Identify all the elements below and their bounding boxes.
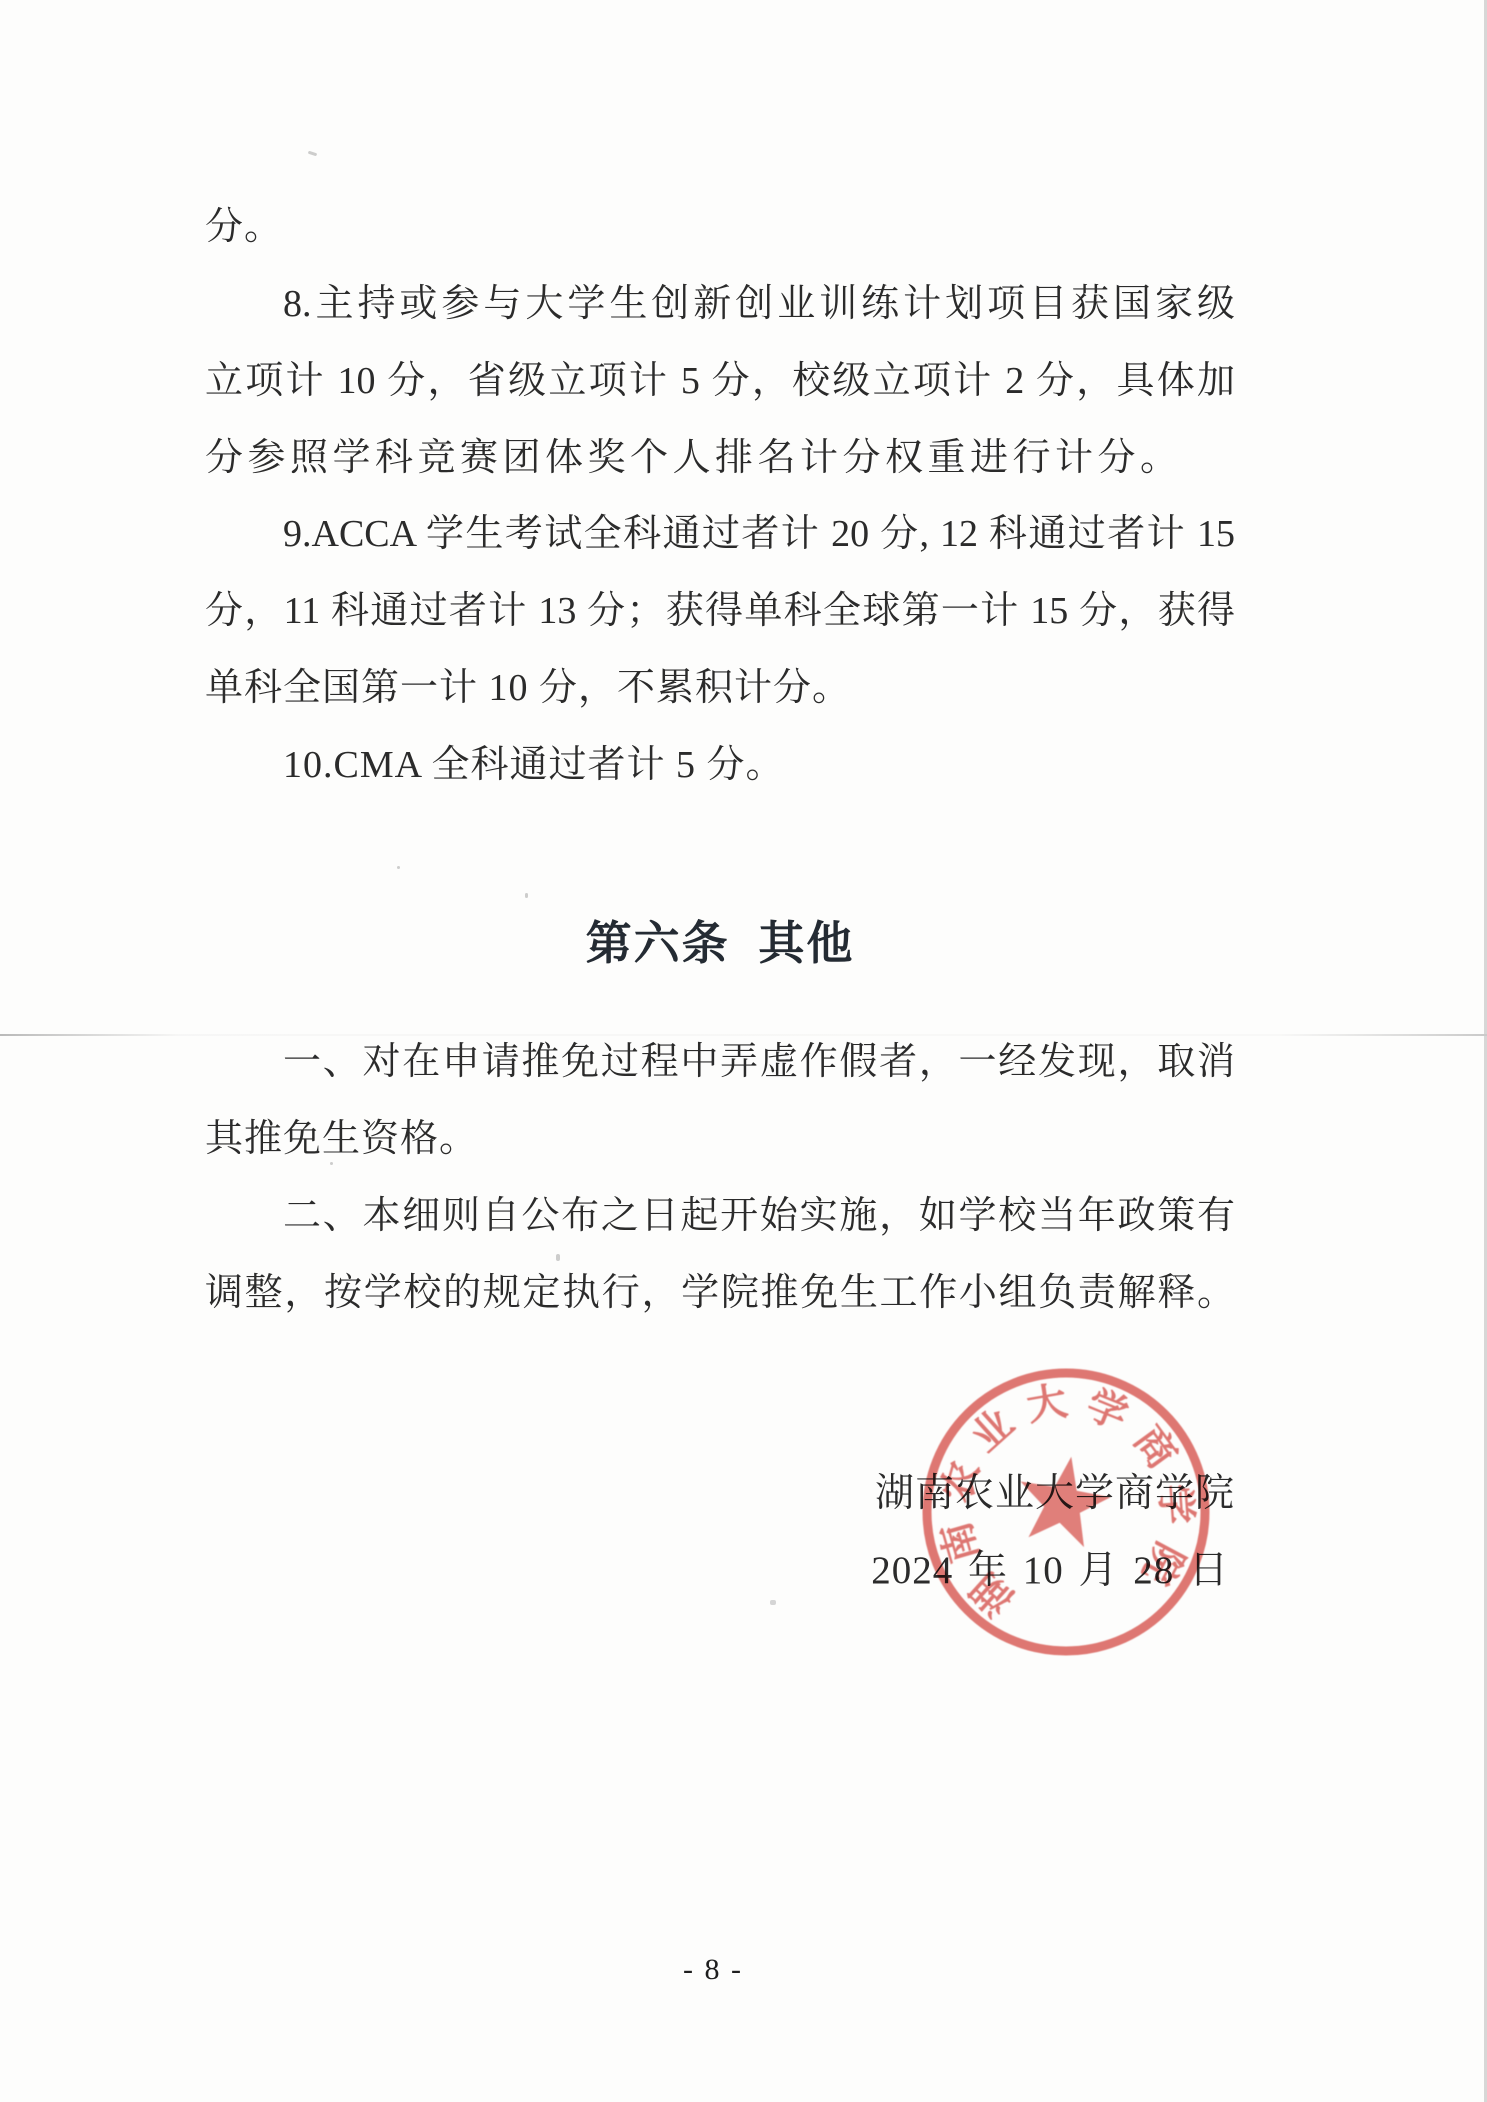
section-heading: 第六条 其他 xyxy=(205,905,1235,982)
text-line: 立项计 10 分，省级立项计 5 分，校级立项计 2 分，具体加 xyxy=(205,343,1235,420)
scanned-document-page: 分。 8.主持或参与大学生创新创业训练计划项目获国家级 立项计 10 分，省级立… xyxy=(0,0,1487,2102)
seal-star-icon xyxy=(1021,1457,1111,1547)
seal-arc-char: 农 xyxy=(933,1456,987,1507)
paragraph-item-8: 8.主持或参与大学生创新创业训练计划项目获国家级 立项计 10 分，省级立项计 … xyxy=(205,266,1235,497)
text-line: 一、对在申请推免过程中弄虚作假者，一经发现，取消 xyxy=(205,1024,1235,1101)
text-line: 9.ACCA 学生考试全科通过者计 20 分, 12 科通过者计 15 xyxy=(205,496,1235,573)
text-line: 分。 xyxy=(205,189,1235,266)
scan-speck xyxy=(330,1162,333,1165)
text-line: 8.主持或参与大学生创新创业训练计划项目获国家级 xyxy=(205,266,1235,343)
official-seal-stamp: 湖南农业大学商学院 xyxy=(916,1362,1216,1662)
text-line: 10.CMA 全科通过者计 5 分。 xyxy=(205,727,1235,804)
scan-speck xyxy=(308,151,317,157)
seal-arc-char: 南 xyxy=(933,1517,987,1568)
seal-arc-char: 学 xyxy=(1152,1483,1200,1526)
paragraph-item-9: 9.ACCA 学生考试全科通过者计 20 分, 12 科通过者计 15 分，11… xyxy=(205,496,1235,727)
paragraph-item-two: 二、本细则自公布之日起开始实施，如学校当年政策有 调整，按学校的规定执行，学院推… xyxy=(205,1178,1235,1332)
page-number: - 8 - xyxy=(205,1948,1221,1992)
text-line: 单科全国第一计 10 分，不累积计分。 xyxy=(205,650,1235,727)
paragraph-carryover: 分。 xyxy=(205,189,1235,266)
text-line: 分，11 科通过者计 13 分；获得单科全球第一计 15 分，获得 xyxy=(205,573,1235,650)
scan-speck xyxy=(525,893,528,898)
paragraph-item-one: 一、对在申请推免过程中弄虚作假者，一经发现，取消 其推免生资格。 xyxy=(205,1024,1235,1178)
seal-arc-char: 大 xyxy=(1023,1378,1070,1429)
text-line: 其推免生资格。 xyxy=(205,1101,1235,1178)
paragraph-item-10: 10.CMA 全科通过者计 5 分。 xyxy=(205,727,1235,804)
scan-speck xyxy=(397,866,400,869)
scan-speck xyxy=(770,1600,776,1605)
text-line: 调整，按学校的规定执行，学院推免生工作小组负责解释。 xyxy=(205,1255,1235,1332)
text-line: 分参照学科竞赛团体奖个人排名计分权重进行计分。 xyxy=(205,420,1235,497)
scan-speck xyxy=(556,1254,560,1261)
text-line: 二、本细则自公布之日起开始实施，如学校当年政策有 xyxy=(205,1178,1235,1255)
